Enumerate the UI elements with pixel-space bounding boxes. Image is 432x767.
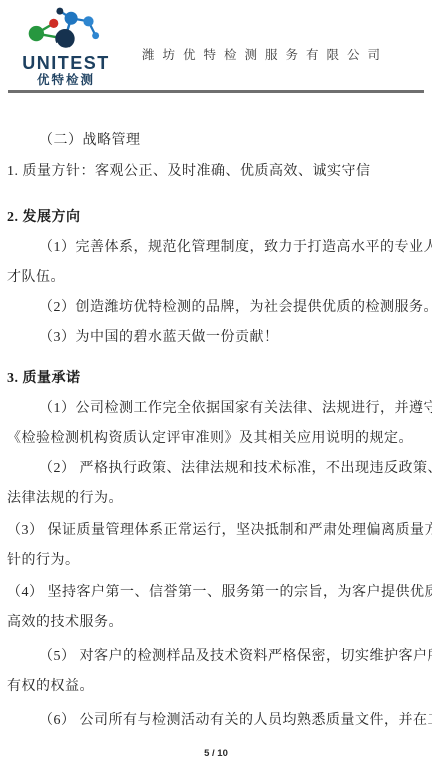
document-page: UNITEST 优特检测 潍坊优特检测服务有限公司 （二）战略管理 1. 质量方… <box>0 0 432 767</box>
text-line: （3）为中国的碧水蓝天做一份贡献！ <box>7 323 426 353</box>
text-line: （2） 严格执行政策、法律法规和技术标准，不出现违反政策、 <box>7 454 426 484</box>
section-heading: 3. 质量承诺 <box>7 364 426 394</box>
text-line: （二）战略管理 <box>7 126 426 156</box>
document-body: （二）战略管理 1. 质量方针：客观公正、及时准确、优质高效、诚实守信 2. 发… <box>7 93 426 736</box>
text-line: （5） 对客户的检测样品及技术资料严格保密，切实维护客户所 <box>7 642 426 672</box>
molecule-logo-icon <box>16 6 116 53</box>
text-line: （4） 坚持客户第一、信誉第一、服务第一的宗旨，为客户提供优质 <box>7 578 426 608</box>
company-name: 潍坊优特检测服务有限公司 <box>142 45 388 63</box>
text-line: 才队伍。 <box>7 263 426 293</box>
section-heading: 2. 发展方向 <box>7 203 426 233</box>
text-line: 法律法规的行为。 <box>7 484 426 514</box>
text-line: （6） 公司所有与检测活动有关的人员均熟悉质量文件，并在工 <box>7 706 426 736</box>
text-line: 针的行为。 <box>7 546 426 576</box>
brand-name-cn: 优特检测 <box>16 73 116 88</box>
text-line: （1）完善体系，规范化管理制度，致力于打造高水平的专业人 <box>7 233 426 263</box>
company-logo: UNITEST 优特检测 <box>16 6 116 88</box>
brand-name: UNITEST <box>16 54 116 72</box>
text-line: 《检验检测机构资质认定评审准则》及其相关应用说明的规定。 <box>7 424 426 454</box>
text-line: 有权的权益。 <box>7 672 426 702</box>
page-number: 5 / 10 <box>0 748 432 759</box>
text-line: 1. 质量方针：客观公正、及时准确、优质高效、诚实守信 <box>7 157 426 187</box>
text-line: （3） 保证质量管理体系正常运行，坚决抵制和严肃处理偏离质量方 <box>7 516 426 546</box>
page-header: UNITEST 优特检测 潍坊优特检测服务有限公司 <box>0 0 432 90</box>
text-line: （1）公司检测工作完全依据国家有关法律、法规进行，并遵守 <box>7 394 426 424</box>
text-line: （2）创造潍坊优特检测的品牌，为社会提供优质的检测服务。 <box>7 293 426 323</box>
text-line: 高效的技术服务。 <box>7 608 426 638</box>
